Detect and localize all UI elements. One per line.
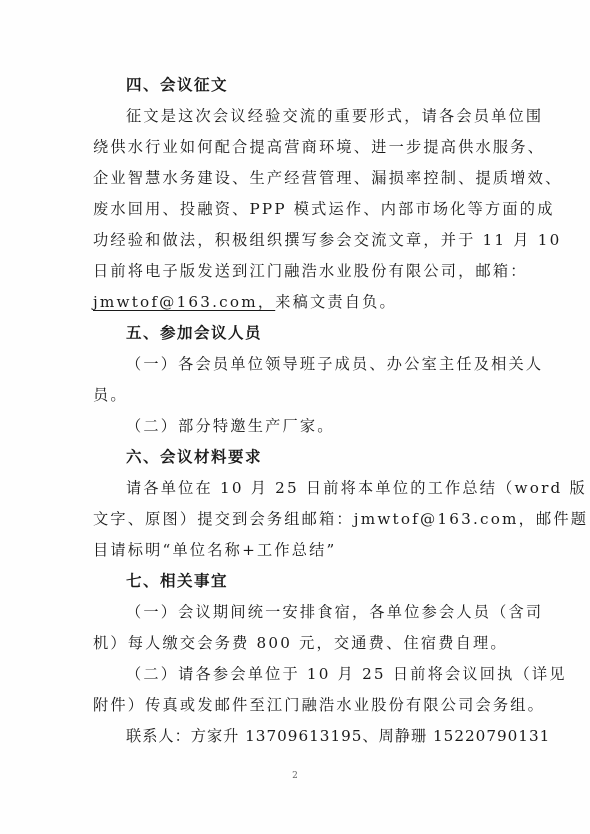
paragraph-line: 目请标明“单位名称+工作总结” xyxy=(93,535,505,566)
section-heading-7: 七、相关事宜 xyxy=(126,566,505,597)
paragraph-line: 文字、原图）提交到会务组邮箱：jmwtof@163.com，邮件题 xyxy=(93,504,505,535)
document-page: 四、会议征文 征文是这次会议经验交流的重要形式，请各会员单位围 绕供水行业如何配… xyxy=(0,0,590,834)
section-heading-5: 五、参加会议人员 xyxy=(126,318,505,349)
paragraph-text: 来稿文责自负。 xyxy=(275,293,397,311)
paragraph-line: 绕供水行业如何配合提高营商环境、进一步提高供水服务、 xyxy=(93,132,505,163)
paragraph-line: 附件）传真或发邮件至江门融浩水业股份有限公司会务组。 xyxy=(93,690,505,721)
email-link[interactable]: jmwtof@163.com， xyxy=(93,293,275,311)
paragraph-line: 征文是这次会议经验交流的重要形式，请各会员单位围 xyxy=(126,101,505,132)
paragraph-line: 机）每人缴交会务费 800 元，交通费、住宿费自理。 xyxy=(93,628,505,659)
paragraph-line: （二）请各参会单位于 10 月 25 日前将会议回执（详见 xyxy=(126,659,505,690)
page-number: 2 xyxy=(288,771,302,781)
paragraph-line: （一）会议期间统一安排食宿，各单位参会人员（含司 xyxy=(126,597,505,628)
paragraph-line: （二）部分特邀生产厂家。 xyxy=(126,411,505,442)
section-heading-6: 六、会议材料要求 xyxy=(126,442,505,473)
paragraph-line: 日前将电子版发送到江门融浩水业股份有限公司，邮箱： xyxy=(93,256,505,287)
contact-line: 联系人：方家升 13709613195、周静珊 15220790131 xyxy=(126,721,505,752)
paragraph-line: 请各单位在 10 月 25 日前将本单位的工作总结（word 版 xyxy=(126,473,505,504)
paragraph-line: 员。 xyxy=(93,380,505,411)
paragraph-line: 企业智慧水务建设、生产经营管理、漏损率控制、提质增效、 xyxy=(93,163,505,194)
paragraph-line: 废水回用、投融资、PPP 模式运作、内部市场化等方面的成 xyxy=(93,194,505,225)
section-heading-4: 四、会议征文 xyxy=(126,70,505,101)
paragraph-line: 功经验和做法，积极组织撰写参会交流文章，并于 11 月 10 xyxy=(93,225,505,256)
paragraph-line: （一）各会员单位领导班子成员、办公室主任及相关人 xyxy=(126,349,505,380)
paragraph-line: jmwtof@163.com，来稿文责自负。 xyxy=(93,287,505,318)
